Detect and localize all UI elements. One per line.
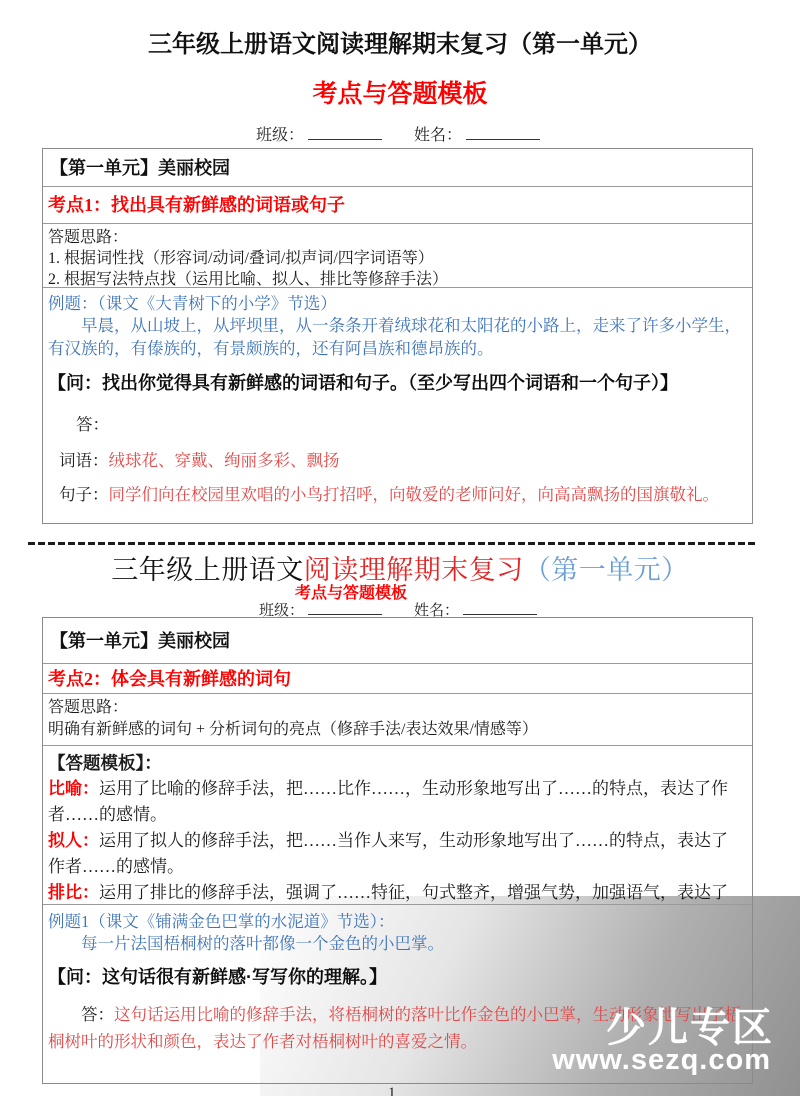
page1-table: 【第一单元】美丽校园 考点1：找出具有新鲜感的词语或句子 答题思路： 1. 根据… bbox=[42, 148, 753, 524]
answer-label: 答： bbox=[48, 414, 744, 436]
template-niren: 拟人：运用了拟人的修辞手法，把……当作人来写，生动形象地写出了……的特点，表达了… bbox=[48, 828, 744, 880]
template-title: 【答题模板】： bbox=[48, 750, 744, 776]
silu1-row: 答题思路： 1. 根据词性找（形容词/动词/叠词/拟声词/四字词语等） 2. 根… bbox=[43, 224, 752, 288]
page1-title: 三年级上册语文阅读理解期末复习（第一单元） bbox=[0, 24, 800, 59]
words-label: 词语： bbox=[59, 451, 109, 470]
term-niren: 拟人： bbox=[48, 831, 99, 850]
silu-line: 明确有新鲜感的词句 + 分析词句的亮点（修辞手法/表达效果/情感等） bbox=[48, 719, 746, 741]
name-blank-line bbox=[463, 601, 537, 615]
class-blank-line bbox=[308, 126, 382, 140]
question-text: 【问：找出你觉得具有新鲜感的词语和句子。（至少写出四个词语和一个句子）】 bbox=[48, 371, 744, 395]
example-text: 早晨，从山坡上，从坪坝里，从一条条开着绒球花和太阳花的小路上，走来了许多小学生，… bbox=[48, 315, 744, 360]
page1-id-line: 班级：姓名： bbox=[0, 122, 800, 145]
name-blank-line bbox=[466, 126, 540, 140]
answer-label: 答： bbox=[81, 1005, 114, 1024]
template-paibi-text: 运用了排比的修辞手法，强调了……特征，句式整齐，增强气势，加强语气，表达了作者…… bbox=[48, 883, 728, 905]
page-number: 1 bbox=[388, 1085, 396, 1096]
kaodian1-row: 考点1：找出具有新鲜感的词语或句子 bbox=[43, 187, 752, 224]
words-answer: 绒球花、穿戴、绚丽多彩、飘扬 bbox=[109, 451, 340, 470]
silu-line-2: 2. 根据写法特点找（运用比喻、拟人、排比等修辞手法） bbox=[48, 269, 746, 288]
sentence-answer: 同学们向在校园里欢唱的小鸟打招呼，向敬爱的老师问好，向高高飘扬的国旗敬礼。 bbox=[109, 485, 720, 504]
name-label: 姓名： bbox=[414, 127, 462, 144]
silu2-row: 答题思路： 明确有新鲜感的词句 + 分析词句的亮点（修辞手法/表达效果/情感等） bbox=[43, 694, 752, 746]
example-label: 例题：（课文《大青树下的小学》节选） bbox=[48, 292, 744, 315]
template-biyu: 比喻：运用了比喻的修辞手法，把……比作……，生动形象地写出了……的特点，表达了作… bbox=[48, 776, 744, 828]
kaodian2-row: 考点2：体会具有新鲜感的词句 bbox=[43, 664, 752, 694]
words-line: 词语：绒球花、穿戴、绚丽多彩、飘扬 bbox=[48, 450, 744, 472]
template-biyu-text: 运用了比喻的修辞手法，把……比作……，生动形象地写出了……的特点，表达了作者……… bbox=[48, 779, 728, 824]
term-paibi: 排比： bbox=[48, 883, 99, 902]
template-niren-text: 运用了拟人的修辞手法，把……当作人来写，生动形象地写出了……的特点，表达了作者…… bbox=[48, 831, 728, 876]
example1-row: 例题：（课文《大青树下的小学》节选） 早晨，从山坡上，从坪坝里，从一条条开着绒球… bbox=[43, 288, 752, 524]
page-separator-dashed-line bbox=[28, 542, 755, 545]
silu-title: 答题思路： bbox=[48, 227, 746, 248]
unit-header-row: 【第一单元】美丽校园 bbox=[43, 618, 752, 664]
watermark-url: www.sezq.com bbox=[552, 1044, 771, 1077]
term-biyu: 比喻： bbox=[48, 779, 99, 798]
silu-title: 答题思路： bbox=[48, 697, 746, 719]
class-blank-line bbox=[308, 601, 382, 615]
example-text: 每一片法国梧桐树的落叶都像一个金色的小巴掌。 bbox=[48, 933, 744, 956]
class-label: 班级： bbox=[256, 127, 304, 144]
sentence-label: 句子： bbox=[59, 485, 109, 504]
page1-subtitle: 考点与答题模板 bbox=[0, 74, 800, 110]
question-text: 【问：这句话很有新鲜感·写写你的理解。】 bbox=[48, 965, 744, 989]
silu-line-1: 1. 根据词性找（形容词/动词/叠词/拟声词/四字词语等） bbox=[48, 248, 746, 269]
example-label: 例题1（课文《铺满金色巴掌的水泥道》节选）： bbox=[48, 910, 744, 933]
sentence-line: 句子：同学们向在校园里欢唱的小鸟打招呼，向敬爱的老师问好，向高高飘扬的国旗敬礼。 bbox=[48, 484, 744, 506]
template-row: 【答题模板】： 比喻：运用了比喻的修辞手法，把……比作……，生动形象地写出了……… bbox=[43, 746, 752, 905]
template-paibi: 排比：运用了排比的修辞手法，强调了……特征，句式整齐，增强气势，加强语气，表达了… bbox=[48, 880, 744, 905]
unit-header-row: 【第一单元】美丽校园 bbox=[43, 149, 752, 187]
